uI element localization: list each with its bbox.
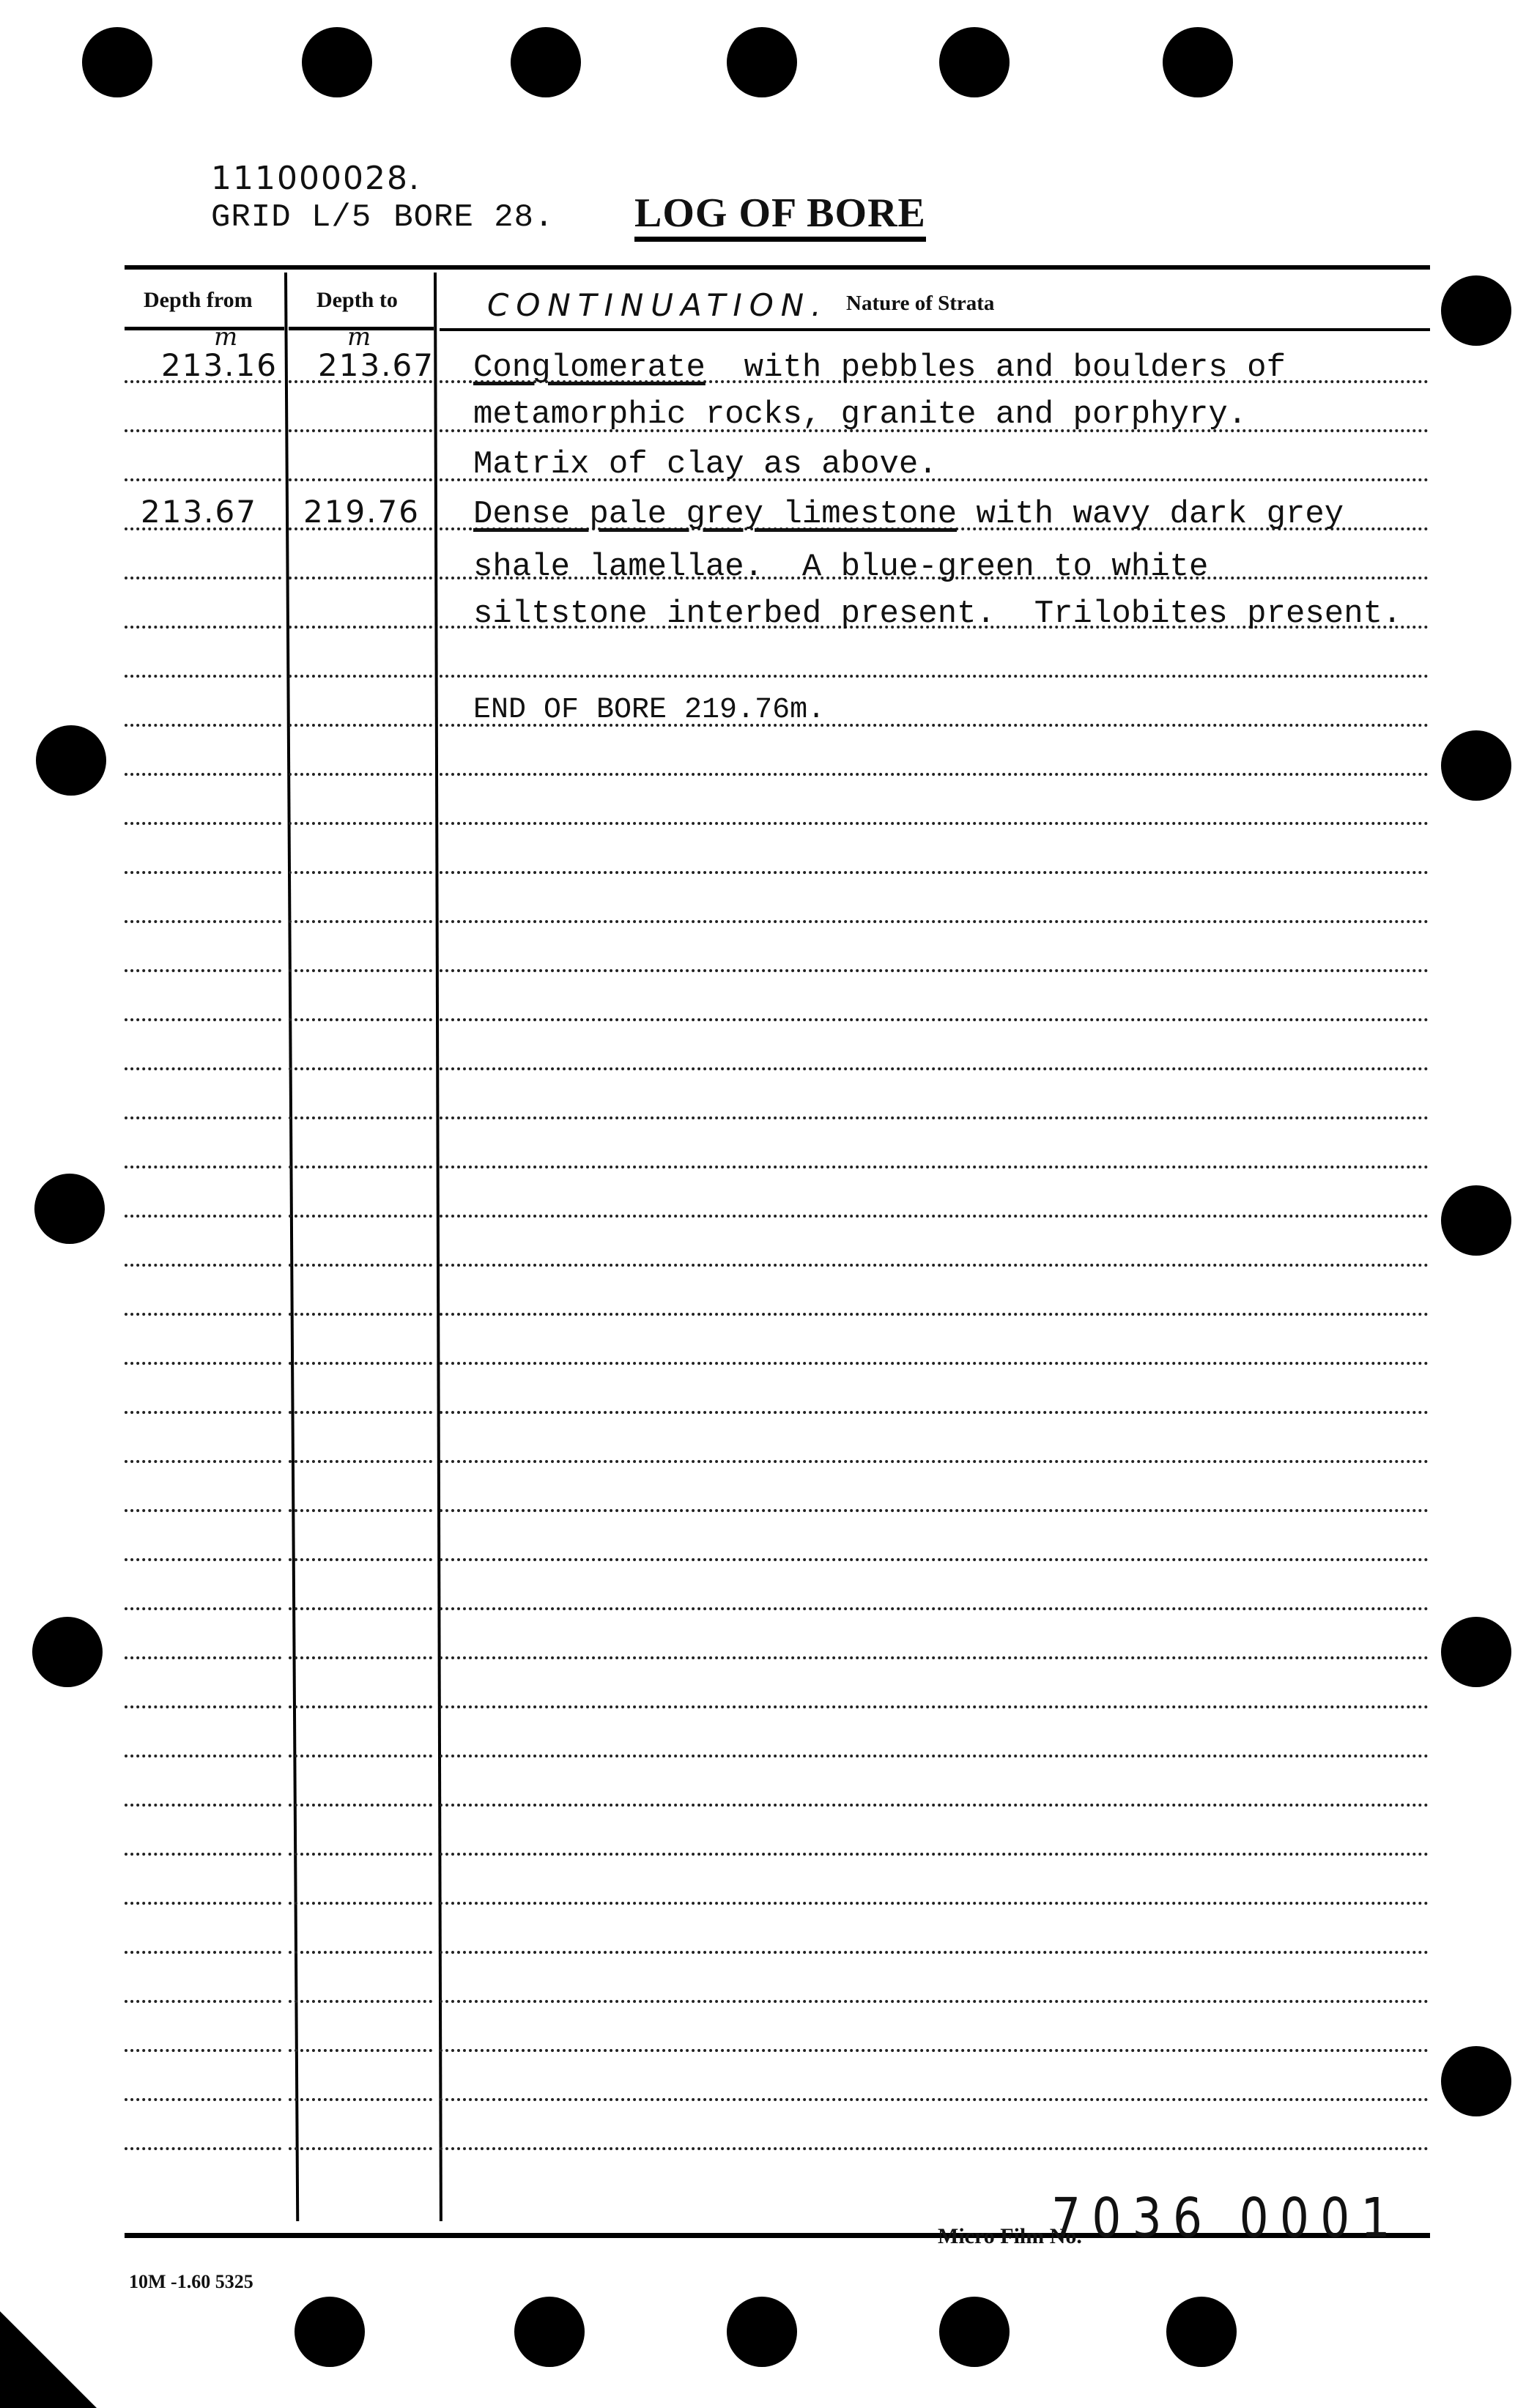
ruled-line	[125, 969, 281, 972]
ruled-line	[440, 871, 1429, 874]
header-bottom-border	[125, 327, 284, 330]
ruled-line	[440, 1018, 1429, 1021]
ruled-line	[440, 1460, 1429, 1463]
punch-hole	[1441, 1185, 1511, 1256]
ruled-line	[440, 1509, 1429, 1512]
strata-line: Dense pale grey limestone with wavy dark…	[473, 498, 1344, 530]
ruled-line	[440, 1902, 1429, 1905]
header-nature-of-strata: Nature of Strata	[846, 292, 994, 316]
ruled-line	[440, 2049, 1429, 2052]
table-top-border	[125, 265, 1430, 270]
ruled-line	[289, 1607, 432, 1610]
ruled-line	[289, 2000, 432, 2003]
punch-hole	[32, 1617, 103, 1687]
depth-to-cell: 213.67	[318, 350, 434, 381]
ruled-line	[289, 1656, 432, 1659]
ruled-line	[125, 2147, 281, 2150]
ruled-line	[125, 1362, 281, 1365]
ruled-line	[440, 969, 1429, 972]
ruled-line	[440, 773, 1429, 776]
ruled-line	[125, 675, 281, 678]
ruled-line	[125, 1411, 281, 1414]
ruled-line	[289, 1509, 432, 1512]
ruled-line	[125, 920, 281, 923]
punch-hole	[727, 27, 797, 97]
ruled-line	[440, 1853, 1429, 1856]
ruled-line	[125, 626, 281, 629]
ruled-line	[440, 2147, 1429, 2150]
punch-hole	[34, 1174, 105, 1244]
ruled-line	[440, 1705, 1429, 1708]
header-bottom-border	[440, 328, 1430, 331]
ruled-line	[440, 1067, 1429, 1070]
form-code: 10M -1.60 5325	[129, 2271, 253, 2293]
ruled-line	[289, 920, 432, 923]
strata-text: siltstone interbed present. Trilobites p…	[473, 596, 1401, 632]
ruled-line	[289, 1313, 432, 1316]
ruled-line	[289, 724, 432, 727]
ruled-line	[125, 1902, 281, 1905]
ruled-line	[440, 1313, 1429, 1316]
ruled-line	[125, 1755, 281, 1757]
strata-line: Matrix of clay as above.	[473, 448, 938, 481]
ruled-line	[440, 1755, 1429, 1757]
ruled-line	[440, 1411, 1429, 1414]
ruled-line	[125, 1656, 281, 1659]
depth-to-cell: 219.76	[303, 497, 420, 527]
grid-bore-line: GRID L/5BORE 28.	[211, 199, 576, 236]
ruled-line	[125, 1804, 281, 1807]
ruled-line	[289, 1853, 432, 1856]
strata-text: with pebbles and boulders of	[705, 349, 1286, 386]
ruled-line	[125, 2098, 281, 2101]
punch-hole	[939, 27, 1010, 97]
ruled-line	[289, 773, 432, 776]
ruled-line	[289, 1264, 432, 1267]
punch-hole	[727, 2297, 797, 2367]
punch-hole	[511, 27, 581, 97]
punch-hole	[939, 2297, 1010, 2367]
page-title: LOG OF BORE	[634, 192, 926, 242]
ruled-line	[289, 1067, 432, 1070]
ruled-line	[289, 577, 432, 579]
ruled-line	[289, 478, 432, 481]
ruled-line	[125, 1460, 281, 1463]
ruled-line	[289, 429, 432, 432]
punch-hole	[1441, 275, 1511, 346]
ruled-line	[440, 920, 1429, 923]
ruled-line	[125, 1705, 281, 1708]
ruled-line	[125, 773, 281, 776]
punch-hole	[1441, 1617, 1511, 1687]
ruled-line	[440, 1951, 1429, 1954]
ruled-line	[440, 1166, 1429, 1168]
punch-hole	[1163, 27, 1233, 97]
strata-text: with wavy dark grey	[957, 496, 1344, 533]
ruled-line	[289, 871, 432, 874]
punch-hole	[295, 2297, 365, 2367]
ruled-line	[440, 1558, 1429, 1561]
ruled-line	[289, 2147, 432, 2150]
ruled-line	[289, 1166, 432, 1168]
ruled-line	[289, 1460, 432, 1463]
ruled-line	[440, 2098, 1429, 2101]
column-divider-1	[284, 273, 299, 2221]
column-divider-2	[434, 273, 442, 2221]
ruled-line	[125, 1558, 281, 1561]
ruled-line	[125, 1313, 281, 1316]
strata-text: shale lamellae. A blue-green to white	[473, 549, 1208, 585]
ruled-line	[440, 1264, 1429, 1267]
ruled-line	[289, 675, 432, 678]
ruled-line	[125, 1018, 281, 1021]
ruled-line	[289, 626, 432, 629]
ruled-line	[125, 724, 281, 727]
ruled-line	[289, 1951, 432, 1954]
ruled-line	[440, 1804, 1429, 1807]
punch-hole	[514, 2297, 585, 2367]
bore-number: BORE 28.	[393, 199, 554, 236]
ruled-line	[125, 1951, 281, 1954]
strata-line: metamorphic rocks, granite and porphyry.	[473, 399, 1247, 431]
ruled-line	[440, 1607, 1429, 1610]
ruled-line	[289, 2098, 432, 2101]
punch-hole	[302, 27, 372, 97]
file-number: 111000028.	[211, 160, 421, 197]
ruled-line	[289, 1215, 432, 1218]
header-depth-from: Depth from	[144, 288, 253, 313]
ruled-line	[125, 1853, 281, 1856]
punch-hole	[1166, 2297, 1237, 2367]
ruled-line	[125, 1607, 281, 1610]
ruled-line	[289, 1558, 432, 1561]
strata-line: shale lamellae. A blue-green to white	[473, 551, 1208, 583]
ruled-line	[125, 2000, 281, 2003]
ruled-line	[125, 871, 281, 874]
ruled-line	[125, 577, 281, 579]
header-depth-to: Depth to	[316, 288, 398, 313]
ruled-line	[125, 1116, 281, 1119]
ruled-line	[440, 822, 1429, 825]
ruled-line	[289, 2049, 432, 2052]
strata-term: Conglomerate	[473, 349, 705, 386]
scan-corner-mark	[0, 2311, 97, 2408]
ruled-line	[289, 1804, 432, 1807]
strata-text: metamorphic rocks, granite and porphyry.	[473, 396, 1247, 433]
strata-line: Conglomerate with pebbles and boulders o…	[473, 352, 1286, 384]
punch-hole	[82, 27, 152, 97]
ruled-line	[440, 1116, 1429, 1119]
punch-hole	[1441, 730, 1511, 801]
ruled-line	[440, 1215, 1429, 1218]
ruled-line	[289, 1362, 432, 1365]
end-of-bore-note: END OF BORE 219.76m.	[473, 696, 825, 725]
ruled-line	[289, 1705, 432, 1708]
ruled-line	[289, 1755, 432, 1757]
punch-hole	[36, 725, 106, 796]
ruled-line	[289, 1116, 432, 1119]
ruled-line	[440, 2000, 1429, 2003]
ruled-line	[289, 1018, 432, 1021]
ruled-line	[125, 1215, 281, 1218]
grid-reference: GRID L/5	[211, 199, 371, 236]
ruled-line	[289, 969, 432, 972]
depth-from-cell: 213.16	[161, 350, 278, 381]
ruled-line	[125, 1264, 281, 1267]
ruled-line	[125, 1067, 281, 1070]
punch-hole	[1441, 2046, 1511, 2116]
strata-line: siltstone interbed present. Trilobites p…	[473, 598, 1401, 630]
ruled-line	[440, 1656, 1429, 1659]
ruled-line	[125, 2049, 281, 2052]
strata-text: Matrix of clay as above.	[473, 446, 938, 483]
ruled-line	[125, 1509, 281, 1512]
continuation-note: CONTINUATION.	[487, 287, 829, 323]
ruled-line	[125, 1166, 281, 1168]
ruled-line	[289, 822, 432, 825]
ruled-line	[289, 1411, 432, 1414]
ruled-line	[440, 675, 1429, 678]
ruled-line	[289, 1902, 432, 1905]
depth-from-cell: 213.67	[141, 497, 257, 527]
ruled-line	[125, 478, 281, 481]
microfilm-number: 7036 0001	[1051, 2187, 1401, 2250]
strata-term: Dense pale grey limestone	[473, 496, 957, 533]
ruled-line	[440, 1362, 1429, 1365]
ruled-line	[125, 822, 281, 825]
ruled-line	[125, 429, 281, 432]
